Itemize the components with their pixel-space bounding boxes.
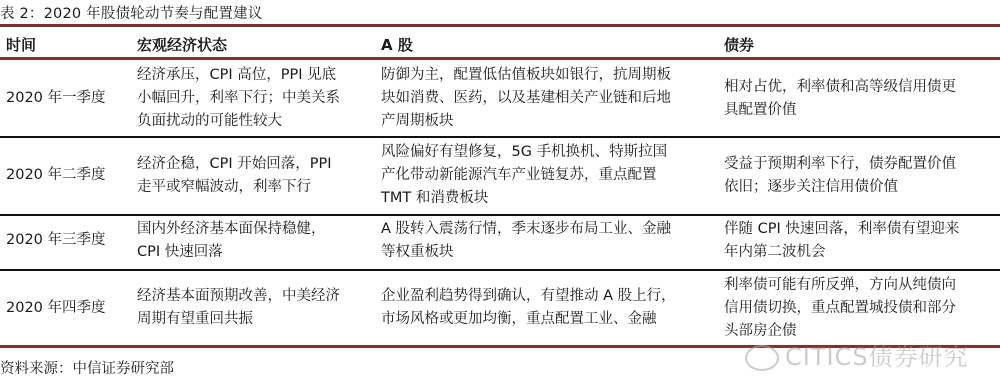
cell-period: 2020 年一季度: [6, 87, 126, 110]
header-ashare: A 股: [381, 34, 711, 55]
source-note: 资料来源：中信证券研究部: [0, 357, 174, 378]
cell-ashare: A 股转入震荡行情，季末逐步布局工业、金融等权重板块: [381, 218, 711, 264]
row-divider: [0, 136, 1000, 138]
cell-period: 2020 年四季度: [6, 297, 126, 320]
cell-bond: 相对占优，利率债和高等级信用债更具配置价值: [724, 76, 994, 122]
header-time: 时间: [6, 34, 126, 55]
cell-macro: 经济基本面预期改善，中美经济周期有望重回共振: [137, 285, 367, 331]
row-divider: [0, 214, 1000, 216]
header-bottom-rule: [0, 57, 1000, 60]
table-top-rule: [0, 24, 1000, 27]
cell-period: 2020 年二季度: [6, 164, 126, 187]
cell-ashare: 企业盈利趋势得到确认，有望推动 A 股上行，市场风格或更加均衡，重点配置工业、金…: [381, 285, 711, 331]
cell-ashare: 风险偏好有望修复，5G 手机换机、特斯拉国产化带动新能源汽车产业链复苏，重点配置…: [381, 141, 711, 210]
cell-ashare: 防御为主，配置低估值板块如银行，抗周期板块如消费、医药，以及基建相关产业链和后地…: [381, 64, 711, 133]
cell-bond: 伴随 CPI 快速回落，利率债有望迎来年内第二波机会: [724, 218, 994, 264]
cell-macro: 经济企稳，CPI 开始回落，PPI走平或窄幅波动，利率下行: [137, 153, 367, 199]
cell-macro: 经济承压，CPI 高位，PPI 见底小幅回升，利率下行；中美关系负面扰动的可能性…: [137, 64, 367, 133]
cell-bond: 利率债可能有所反弹，方向从纯债向信用债切换，重点配置城投债和部分头部房企债: [724, 274, 994, 343]
wechat-icon: [745, 345, 779, 371]
watermark: CITICS债券研究: [745, 337, 969, 372]
table-caption: 表 2：2020 年股债轮动节奏与配置建议: [0, 2, 263, 23]
cell-period: 2020 年三季度: [6, 229, 126, 252]
header-macro: 宏观经济状态: [137, 34, 367, 55]
row-divider: [0, 269, 1000, 271]
header-bond: 债券: [724, 34, 994, 55]
cell-bond: 受益于预期利率下行，债券配置价值依旧；逐步关注信用债价值: [724, 153, 994, 199]
cell-macro: 国内外经济基本面保持稳健，CPI 快速回落: [137, 218, 367, 264]
